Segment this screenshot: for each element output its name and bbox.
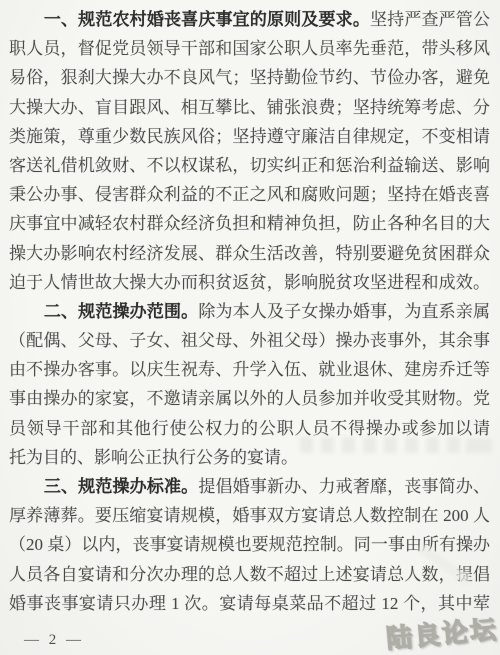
text-line: 类施策，尊重少数民族风俗；坚持遵守廉洁自律规定，不变相请 bbox=[9, 122, 490, 151]
text-line: 秉公办事、侵害群众利益的不正之风和腐败问题；坚持在婚丧喜 bbox=[9, 180, 490, 209]
text-line: 三、规范操办标准。提倡婚事新办、力戒奢靡，丧事简办、 bbox=[9, 472, 490, 501]
text-line: （20 桌）以内，丧事宴请规模也要规范控制。同一事由所有操办 bbox=[9, 530, 490, 559]
body-text: 坚持严查严管公 bbox=[370, 10, 490, 29]
body-text: 婚事丧事宴请只办理 1 次。宴请每桌菜品不超过 12 个，其中荤 bbox=[9, 594, 490, 613]
text-line: 二、规范操办范围。除为本人及子女操办婚事，为直系亲属 bbox=[9, 297, 490, 326]
text-line: 员领导干部和其他行使公权力的公职人员不得操办或参加以请 bbox=[9, 414, 490, 443]
body-text: 员领导干部和其他行使公权力的公职人员不得操办或参加以请 bbox=[9, 419, 490, 438]
text-line: 迫于人情世故大操大办而积贫返贫，影响脱贫攻坚进程和成效。 bbox=[9, 268, 490, 297]
body-text: 人员各自宴请和分次办理的总人数不超过上述宴请总人数，提倡 bbox=[9, 565, 490, 584]
body-text: 类施策，尊重少数民族风俗；坚持遵守廉洁自律规定，不变相请 bbox=[9, 127, 490, 146]
text-line: 客送礼借机敛财、不以权谋私，切实纠正和惩治利益输送、影响 bbox=[9, 151, 490, 180]
body-text: 厚养薄葬。要压缩宴请规模，婚事双方宴请总人数控制在 200 人 bbox=[9, 506, 490, 525]
body-text: 客送礼借机敛财、不以权谋私，切实纠正和惩治利益输送、影响 bbox=[9, 156, 490, 175]
text-line: 厚养薄葬。要压缩宴请规模，婚事双方宴请总人数控制在 200 人 bbox=[9, 501, 490, 530]
text-line: 由不操办客事。以庆生祝寿、升学入伍、就业退休、建房乔迁等 bbox=[9, 355, 490, 384]
section-heading: 三、规范操办标准。 bbox=[44, 477, 199, 496]
document-page: 一、规范农村婚丧喜庆事宜的原则及要求。坚持严查严管公职人员，督促党员领导干部和国… bbox=[0, 0, 500, 655]
text-line: 人员各自宴请和分次办理的总人数不超过上述宴请总人数，提倡 bbox=[9, 560, 490, 589]
paragraph-1: 一、规范农村婚丧喜庆事宜的原则及要求。坚持严查严管公职人员，督促党员领导干部和国… bbox=[9, 5, 490, 297]
text-line: （配偶、父母、子女、祖父母、外祖父母）操办丧事外，其余事 bbox=[9, 326, 490, 355]
body-text: （配偶、父母、子女、祖父母、外祖父母）操办丧事外，其余事 bbox=[9, 331, 490, 350]
text-line: 职人员，督促党员领导干部和国家公职人员率先垂范，带头移风 bbox=[9, 34, 490, 63]
paragraph-2: 二、规范操办范围。除为本人及子女操办婚事，为直系亲属（配偶、父母、子女、祖父母、… bbox=[9, 297, 490, 472]
text-line: 易俗，狠刹大操大办不良风气；坚持勤俭节约、节俭办客，避免 bbox=[9, 63, 490, 92]
paragraph-3: 三、规范操办标准。提倡婚事新办、力戒奢靡，丧事简办、厚养薄葬。要压缩宴请规模，婚… bbox=[9, 472, 490, 618]
text-line: 婚事丧事宴请只办理 1 次。宴请每桌菜品不超过 12 个，其中荤 bbox=[9, 589, 490, 618]
section-heading: 二、规范操办范围。 bbox=[44, 302, 199, 321]
body-text: 庆事宜中减轻农村群众经济负担和精神负担，防止各种名目的大 bbox=[9, 214, 490, 233]
body-text: 提倡婚事新办、力戒奢靡，丧事简办、 bbox=[198, 477, 490, 496]
text-line: 托为目的、影响公正执行公务的宴请。 bbox=[9, 443, 490, 472]
body-text: 由不操办客事。以庆生祝寿、升学入伍、就业退休、建房乔迁等 bbox=[9, 360, 490, 379]
body-text: 操大办影响农村经济发展、群众生活改善，特别要避免贫困群众 bbox=[9, 244, 490, 263]
body-text: 秉公办事、侵害群众利益的不正之风和腐败问题；坚持在婚丧喜 bbox=[9, 185, 490, 204]
body-text: 大操大办、盲目跟风、相互攀比、铺张浪费；坚持统筹考虑、分 bbox=[9, 98, 490, 117]
body-text: 事由操办的家宴，不邀请亲属以外的人员参加并收受其财物。党 bbox=[9, 389, 490, 408]
body-text: 除为本人及子女操办婚事，为直系亲属 bbox=[198, 302, 490, 321]
page-number: — 2 — bbox=[24, 632, 84, 649]
body-text: （20 桌）以内，丧事宴请规模也要规范控制。同一事由所有操办 bbox=[9, 535, 490, 554]
body-text: 迫于人情世故大操大办而积贫返贫，影响脱贫攻坚进程和成效。 bbox=[9, 273, 490, 292]
text-line: 事由操办的家宴，不邀请亲属以外的人员参加并收受其财物。党 bbox=[9, 384, 490, 413]
document-body: 一、规范农村婚丧喜庆事宜的原则及要求。坚持严查严管公职人员，督促党员领导干部和国… bbox=[9, 5, 490, 618]
text-line: 庆事宜中减轻农村群众经济负担和精神负担，防止各种名目的大 bbox=[9, 209, 490, 238]
section-heading: 一、规范农村婚丧喜庆事宜的原则及要求。 bbox=[44, 10, 370, 29]
text-line: 大操大办、盲目跟风、相互攀比、铺张浪费；坚持统筹考虑、分 bbox=[9, 93, 490, 122]
text-line: 一、规范农村婚丧喜庆事宜的原则及要求。坚持严查严管公 bbox=[9, 5, 490, 34]
body-text: 职人员，督促党员领导干部和国家公职人员率先垂范，带头移风 bbox=[9, 39, 490, 58]
body-text: 易俗，狠刹大操大办不良风气；坚持勤俭节约、节俭办客，避免 bbox=[9, 68, 490, 87]
text-line: 操大办影响农村经济发展、群众生活改善，特别要避免贫困群众 bbox=[9, 239, 490, 268]
body-text: 托为目的、影响公正执行公务的宴请。 bbox=[9, 448, 298, 467]
